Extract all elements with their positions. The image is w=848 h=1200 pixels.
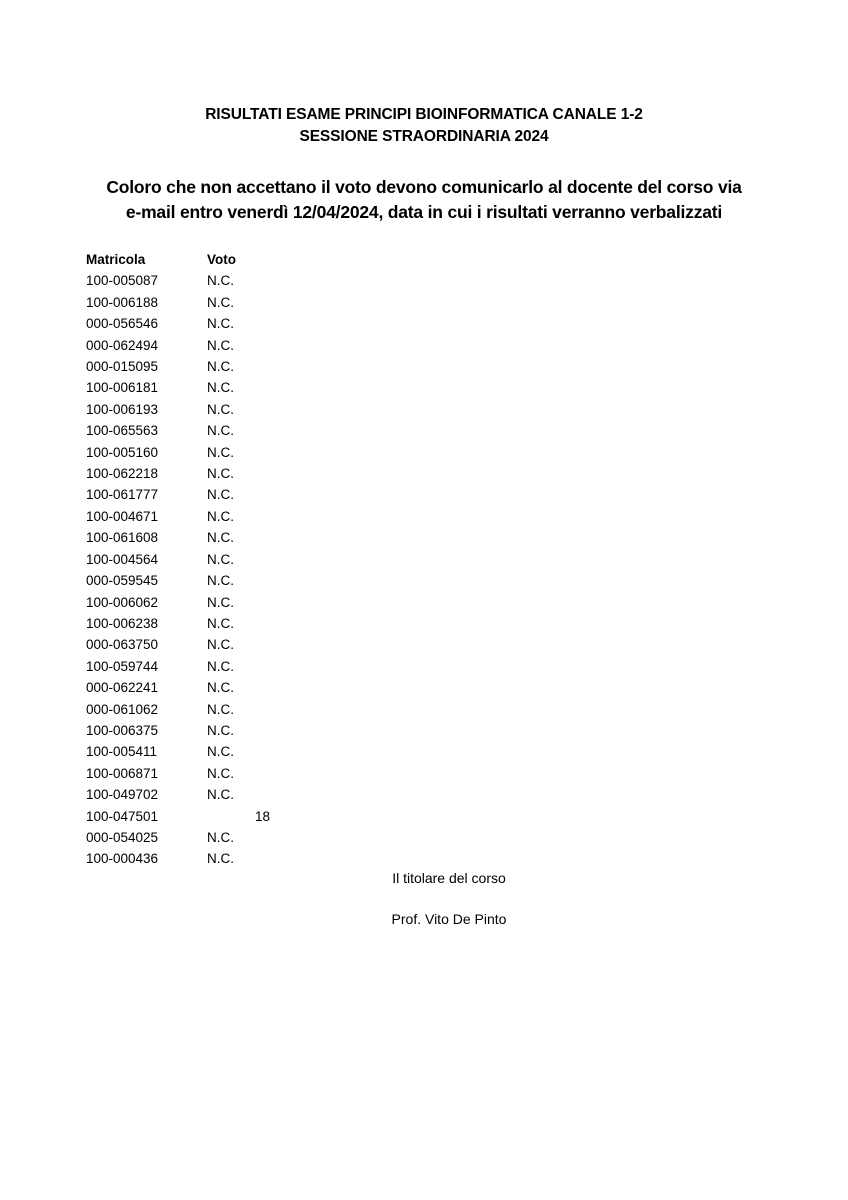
score-cell [255,463,285,484]
voto-cell: N.C. [207,484,255,505]
results-table: Matricola Voto 100-005087N.C.100-006188N… [86,249,285,870]
document-title: RISULTATI ESAME PRINCIPI BIOINFORMATICA … [0,104,848,148]
score-cell [255,827,285,848]
voto-cell [207,806,255,827]
voto-cell: N.C. [207,506,255,527]
matricola-cell: 100-061777 [86,484,207,505]
score-cell [255,527,285,548]
score-cell [255,356,285,377]
notice-line-2: e-mail entro venerdì 12/04/2024, data in… [0,200,848,225]
table-row: 000-063750N.C. [86,634,285,655]
voto-cell: N.C. [207,741,255,762]
matricola-cell: 000-015095 [86,356,207,377]
score-cell [255,613,285,634]
score-cell [255,549,285,570]
voto-cell: N.C. [207,592,255,613]
voto-cell: N.C. [207,463,255,484]
table-row: 100-062218N.C. [86,463,285,484]
table-row: 100-006238N.C. [86,613,285,634]
voto-cell: N.C. [207,549,255,570]
matricola-cell: 100-062218 [86,463,207,484]
matricola-cell: 100-000436 [86,848,207,869]
score-cell [255,634,285,655]
matricola-cell: 100-006188 [86,292,207,313]
table-row: 100-004564N.C. [86,549,285,570]
score-cell [255,677,285,698]
table-row: 100-065563N.C. [86,420,285,441]
score-cell [255,741,285,762]
table-row: 100-004671N.C. [86,506,285,527]
score-cell [255,784,285,805]
voto-cell: N.C. [207,827,255,848]
score-cell: 18 [255,806,285,827]
voto-cell: N.C. [207,677,255,698]
voto-cell: N.C. [207,399,255,420]
score-cell [255,442,285,463]
matricola-cell: 100-006181 [86,377,207,398]
table-row: 100-059744N.C. [86,656,285,677]
signature-role: Il titolare del corso [0,870,848,886]
table-row: 100-04750118 [86,806,285,827]
column-header-matricola: Matricola [86,249,207,270]
matricola-cell: 100-006871 [86,763,207,784]
table-row: 000-062241N.C. [86,677,285,698]
score-cell [255,506,285,527]
notice-line-1: Coloro che non accettano il voto devono … [0,175,848,200]
score-cell [255,656,285,677]
matricola-cell: 000-056546 [86,313,207,334]
table-row: 100-000436N.C. [86,848,285,869]
table-row: 100-006375N.C. [86,720,285,741]
matricola-cell: 100-047501 [86,806,207,827]
score-cell [255,313,285,334]
score-cell [255,335,285,356]
score-cell [255,592,285,613]
matricola-cell: 100-006062 [86,592,207,613]
voto-cell: N.C. [207,335,255,356]
voto-cell: N.C. [207,292,255,313]
matricola-cell: 000-059545 [86,570,207,591]
matricola-cell: 100-061608 [86,527,207,548]
document-page: RISULTATI ESAME PRINCIPI BIOINFORMATICA … [0,0,848,1200]
voto-cell: N.C. [207,442,255,463]
matricola-cell: 000-063750 [86,634,207,655]
matricola-cell: 000-061062 [86,699,207,720]
voto-cell: N.C. [207,377,255,398]
matricola-cell: 100-059744 [86,656,207,677]
score-cell [255,270,285,291]
matricola-cell: 000-062241 [86,677,207,698]
voto-cell: N.C. [207,570,255,591]
score-cell [255,763,285,784]
voto-cell: N.C. [207,613,255,634]
table-row: 100-006871N.C. [86,763,285,784]
table-row: 100-049702N.C. [86,784,285,805]
table-row: 000-054025N.C. [86,827,285,848]
title-line-1: RISULTATI ESAME PRINCIPI BIOINFORMATICA … [0,104,848,126]
matricola-cell: 100-006238 [86,613,207,634]
table-row: 100-006188N.C. [86,292,285,313]
table-row: 000-061062N.C. [86,699,285,720]
voto-cell: N.C. [207,720,255,741]
table-row: 100-006193N.C. [86,399,285,420]
acceptance-notice: Coloro che non accettano il voto devono … [0,175,848,225]
results-body: 100-005087N.C.100-006188N.C.000-056546N.… [86,270,285,869]
matricola-cell: 100-004671 [86,506,207,527]
matricola-cell: 100-006375 [86,720,207,741]
score-cell [255,720,285,741]
table-row: 100-061608N.C. [86,527,285,548]
score-cell [255,399,285,420]
score-cell [255,484,285,505]
matricola-cell: 100-005411 [86,741,207,762]
signature-name: Prof. Vito De Pinto [0,911,848,927]
matricola-cell: 100-005087 [86,270,207,291]
table-row: 100-061777N.C. [86,484,285,505]
table-row: 000-056546N.C. [86,313,285,334]
score-cell [255,377,285,398]
matricola-cell: 000-062494 [86,335,207,356]
matricola-cell: 100-006193 [86,399,207,420]
score-cell [255,420,285,441]
score-cell [255,848,285,869]
voto-cell: N.C. [207,356,255,377]
voto-cell: N.C. [207,656,255,677]
column-header-voto: Voto [207,249,255,270]
matricola-cell: 100-005160 [86,442,207,463]
table-row: 100-006181N.C. [86,377,285,398]
matricola-cell: 000-054025 [86,827,207,848]
voto-cell: N.C. [207,527,255,548]
table-row: 100-005411N.C. [86,741,285,762]
voto-cell: N.C. [207,313,255,334]
table-row: 000-062494N.C. [86,335,285,356]
score-cell [255,699,285,720]
voto-cell: N.C. [207,763,255,784]
table-row: 000-015095N.C. [86,356,285,377]
table-row: 100-005160N.C. [86,442,285,463]
voto-cell: N.C. [207,420,255,441]
matricola-cell: 100-004564 [86,549,207,570]
voto-cell: N.C. [207,848,255,869]
table-row: 100-005087N.C. [86,270,285,291]
matricola-cell: 100-065563 [86,420,207,441]
title-line-2: SESSIONE STRAORDINARIA 2024 [0,126,848,148]
column-header-score [255,249,285,270]
score-cell [255,292,285,313]
matricola-cell: 100-049702 [86,784,207,805]
table-header-row: Matricola Voto [86,249,285,270]
voto-cell: N.C. [207,784,255,805]
score-cell [255,570,285,591]
voto-cell: N.C. [207,699,255,720]
table-row: 100-006062N.C. [86,592,285,613]
voto-cell: N.C. [207,270,255,291]
table-row: 000-059545N.C. [86,570,285,591]
voto-cell: N.C. [207,634,255,655]
